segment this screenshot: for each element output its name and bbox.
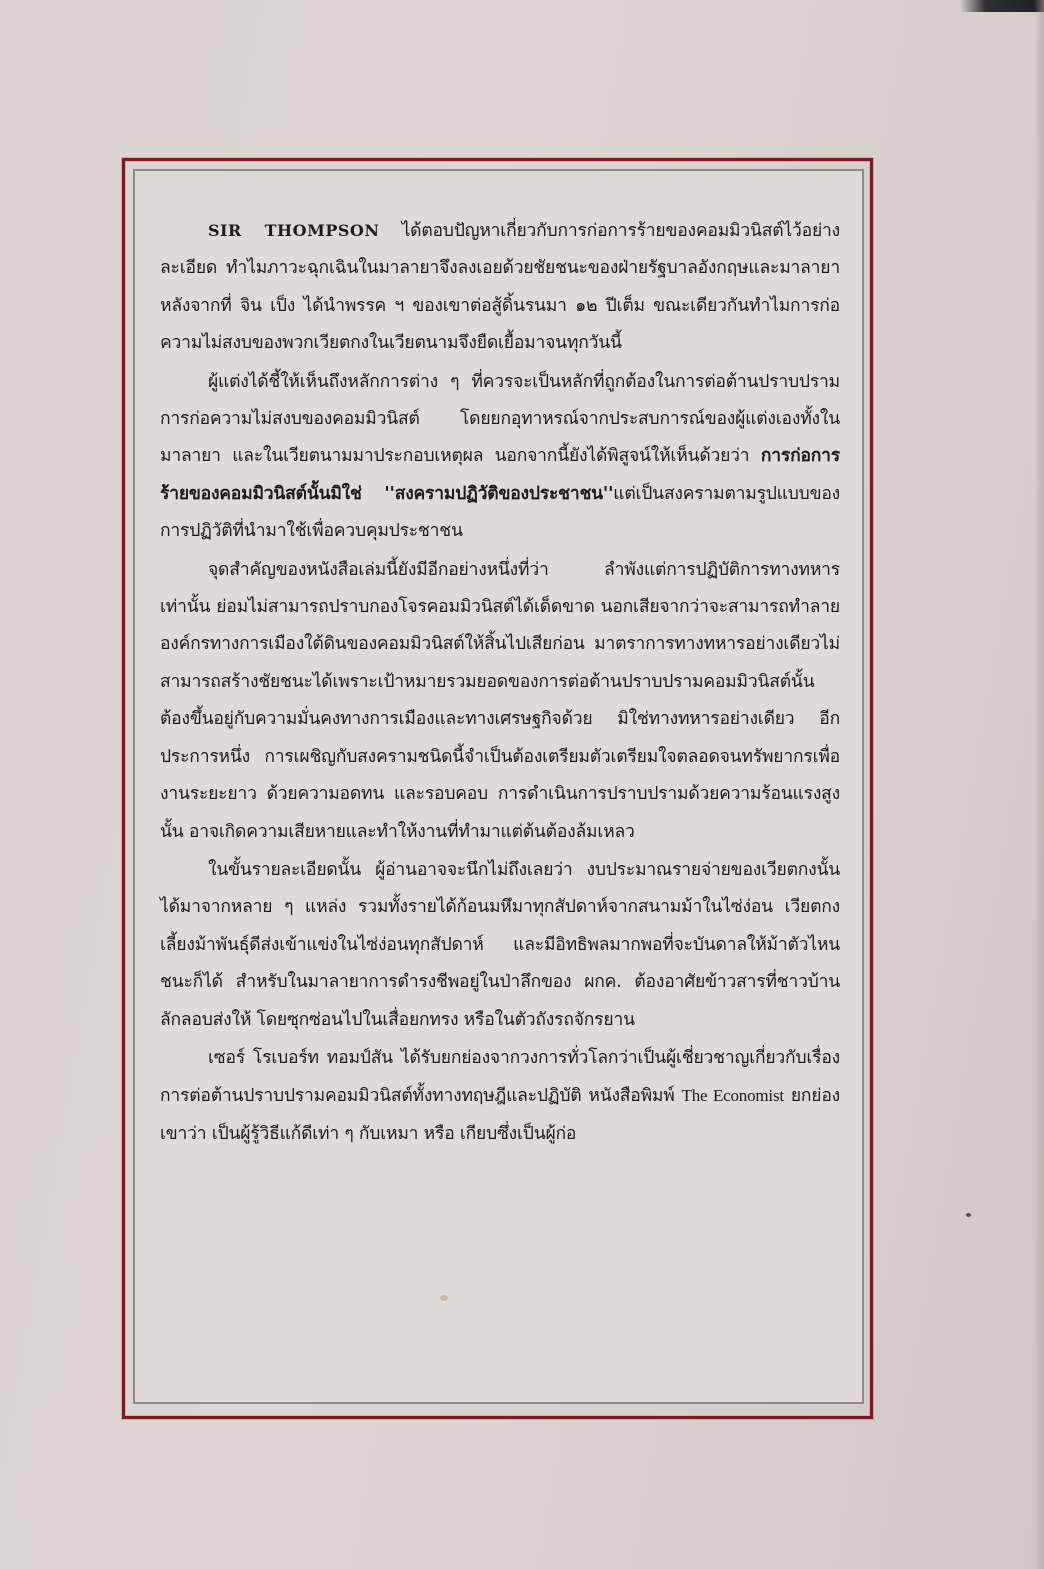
- page-body: SIR THOMPSON ได้ตอบปัญหาเกี่ยวกับการก่อก…: [160, 212, 840, 1153]
- paragraph-5: เซอร์ โรเบอร์ท ทอมป์สัน ได้รับยกย่องจากว…: [160, 1040, 840, 1153]
- lead-name-english: SIR THOMPSON: [208, 221, 379, 240]
- paragraph-text: ได้ตอบปัญหาเกี่ยวกับการก่อการร้ายของคอมม…: [160, 221, 840, 353]
- paragraph-text: ในขั้นรายละเอียดนั้น ผู้อ่านอาจจะนึกไม่ถ…: [160, 860, 840, 1030]
- paragraph-3: จุดสำคัญของหนังสือเล่มนี้ยังมีอีกอย่างหน…: [160, 552, 840, 851]
- page-top-edge-shadow: [960, 0, 1044, 12]
- page-right-edge: [1034, 0, 1044, 1569]
- paragraph-text: จุดสำคัญของหนังสือเล่มนี้ยังมีอีกอย่างหน…: [160, 560, 840, 842]
- paragraph-2: ผู้แต่งได้ชี้ให้เห็นถึงหลักการต่าง ๆ ที่…: [160, 364, 840, 551]
- paragraph-text: ผู้แต่งได้ชี้ให้เห็นถึงหลักการต่าง ๆ ที่…: [160, 372, 840, 467]
- paper-stain: [440, 1295, 448, 1301]
- paper-speck: [966, 1213, 971, 1217]
- paragraph-4: ในขั้นรายละเอียดนั้น ผู้อ่านอาจจะนึกไม่ถ…: [160, 852, 840, 1039]
- publication-name: The Economist: [682, 1086, 784, 1105]
- paragraph-1: SIR THOMPSON ได้ตอบปัญหาเกี่ยวกับการก่อก…: [160, 212, 840, 363]
